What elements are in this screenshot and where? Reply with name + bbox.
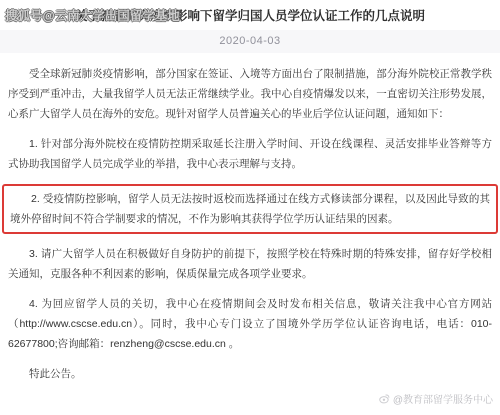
item-2-paragraph-highlighted: 2. 受疫情防控影响，留学人员无法按时返校而选择通过在线方式修读部分课程，以及因…: [10, 189, 490, 229]
intro-paragraph: 受全球新冠肺炎疫情影响，部分国家在签证、入境等方面出台了限制措施，部分海外院校正…: [8, 64, 492, 124]
article-body: 受全球新冠肺炎疫情影响，部分国家在签证、入境等方面出台了限制措施，部分海外院校正…: [0, 53, 500, 384]
weibo-watermark: @教育部留学服务中心: [379, 391, 493, 406]
item-4-paragraph: 4. 为回应留学人员的关切，我中心在疫情期间会及时发布相关信息，敬请关注我中心官…: [8, 294, 492, 354]
item-1-paragraph: 1. 针对部分海外院校在疫情防控期采取延长注册入学时间、开设在线课程、灵活安排毕…: [8, 134, 492, 174]
announcement-page: 关于新冠肺炎疫情影响下留学归国人员学位认证工作的几点说明 搜狐号@云南大学出国留…: [0, 0, 500, 415]
weibo-icon: [379, 393, 390, 404]
item-3-paragraph: 3. 请广大留学人员在积极做好自身防护的前提下，按照学校在特殊时期的特殊安排，留…: [8, 244, 492, 284]
page-title: 关于新冠肺炎疫情影响下留学归国人员学位认证工作的几点说明: [75, 9, 425, 23]
publish-date: 2020-04-03: [219, 35, 280, 47]
closing-note: 特此公告。: [8, 364, 492, 384]
highlight-box: 2. 受疫情防控影响，留学人员无法按时返校而选择通过在线方式修读部分课程，以及因…: [2, 184, 498, 234]
publish-date-band: 2020-04-03: [0, 30, 500, 53]
article-header: 关于新冠肺炎疫情影响下留学归国人员学位认证工作的几点说明 搜狐号@云南大学出国留…: [0, 0, 500, 30]
weibo-watermark-label: @教育部留学服务中心: [393, 391, 493, 406]
